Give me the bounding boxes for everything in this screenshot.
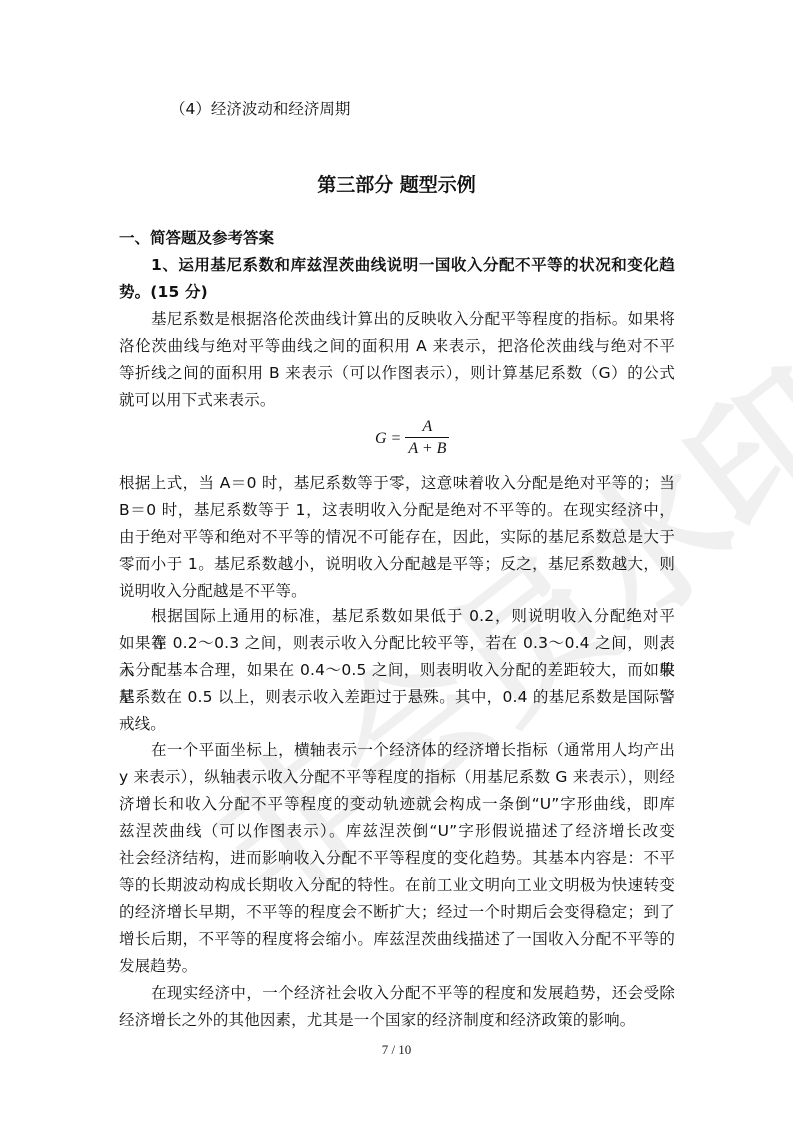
formula-numerator: A [405,418,449,438]
para2-line: 根据上式，当 A＝0 时，基尼系数等于零，这意味着收入分配是绝对平等的；当 [119,470,675,497]
para1-line: 洛伦茨曲线与绝对平等曲线之间的面积用 A 来表示，把洛伦茨曲线与绝对不平 [119,333,675,360]
para4-line: 发展趋势。 [119,953,675,980]
para4-line: 的经济增长早期，不平等的程度会不断扩大；经过一个时期后会变得稳定；到了 [119,899,675,926]
para2-line: 零而小于 1。基尼系数越小，说明收入分配越是平等；反之，基尼系数越大，则 [119,551,675,578]
para4-line: 社会经济结构，进而影响收入分配不平等程度的变化趋势。其基本内容是：不平 [119,845,675,872]
section-title: 一、简答题及参考答案 [119,225,274,251]
document-page: 非会员水印 （4）经济波动和经济周期 第三部分 题型示例 一、简答题及参考答案 … [0,0,793,1122]
para4-line: 等的长期波动构成长期收入分配的特性。在前工业文明向工业文明极为快速转变 [119,872,675,899]
para1-line: 等折线之间的面积用 B 来表示（可以作图表示），则计算基尼系数（G）的公式 [119,360,675,387]
gini-formula: G = A A + B [375,418,449,459]
para3-line: 戒线。 [119,711,675,738]
question-line-2: 势。(15 分) [119,279,675,306]
para4-line: 济增长和收入分配不平等程度的变动轨迹就会构成一条倒“U”字形曲线，即库 [119,791,675,818]
para1-line: 基尼系数是根据洛伦茨曲线计算出的反映收入分配平等程度的指标。如果将 [151,306,675,333]
para2-line: B＝0 时，基尼系数等于 1，这表明收入分配是绝对不平等的。在现实经济中， [119,497,675,524]
list-item-4: （4）经济波动和经济周期 [170,97,350,121]
formula-fraction: A A + B [405,418,449,459]
para4-line: y 来表示），纵轴表示收入分配不平等程度的指标（用基尼系数 G 来表示），则经 [119,764,675,791]
para3-line: 尼系数在 0.5 以上，则表示收入差距过于悬殊。其中，0.4 的基尼系数是国际警 [119,684,675,711]
formula-lhs: G = [375,430,401,448]
page-number: 7 / 10 [0,1042,793,1058]
para4-line: 兹涅茨曲线（可以作图表示）。库兹涅茨倒“U”字形假说描述了经济增长改变 [119,818,675,845]
para2-line: 说明收入分配越是不平等。 [119,578,675,605]
para1-line: 就可以用下式来表示。 [119,387,675,414]
para4-line: 增长后期，不平等的程度将会缩小。库兹涅茨曲线描述了一国收入分配不平等的 [119,926,675,953]
para5-line: 在现实经济中，一个经济社会收入分配不平等的程度和发展趋势，还会受除 [151,980,675,1007]
para5-line: 经济增长之外的其他因素，尤其是一个国家的经济制度和经济政策的影响。 [119,1007,675,1034]
para2-line: 由于绝对平等和绝对不平等的情况不可能存在，因此，实际的基尼系数总是大于 [119,524,675,551]
question-line-1: 1、运用基尼系数和库兹涅茨曲线说明一国收入分配不平等的状况和变化趋 [151,252,675,279]
para4-line: 在一个平面坐标上，横轴表示一个经济体的经济增长指标（通常用人均产出 [151,737,675,764]
part-title: 第三部分 题型示例 [0,170,793,200]
formula-denominator: A + B [408,438,446,459]
